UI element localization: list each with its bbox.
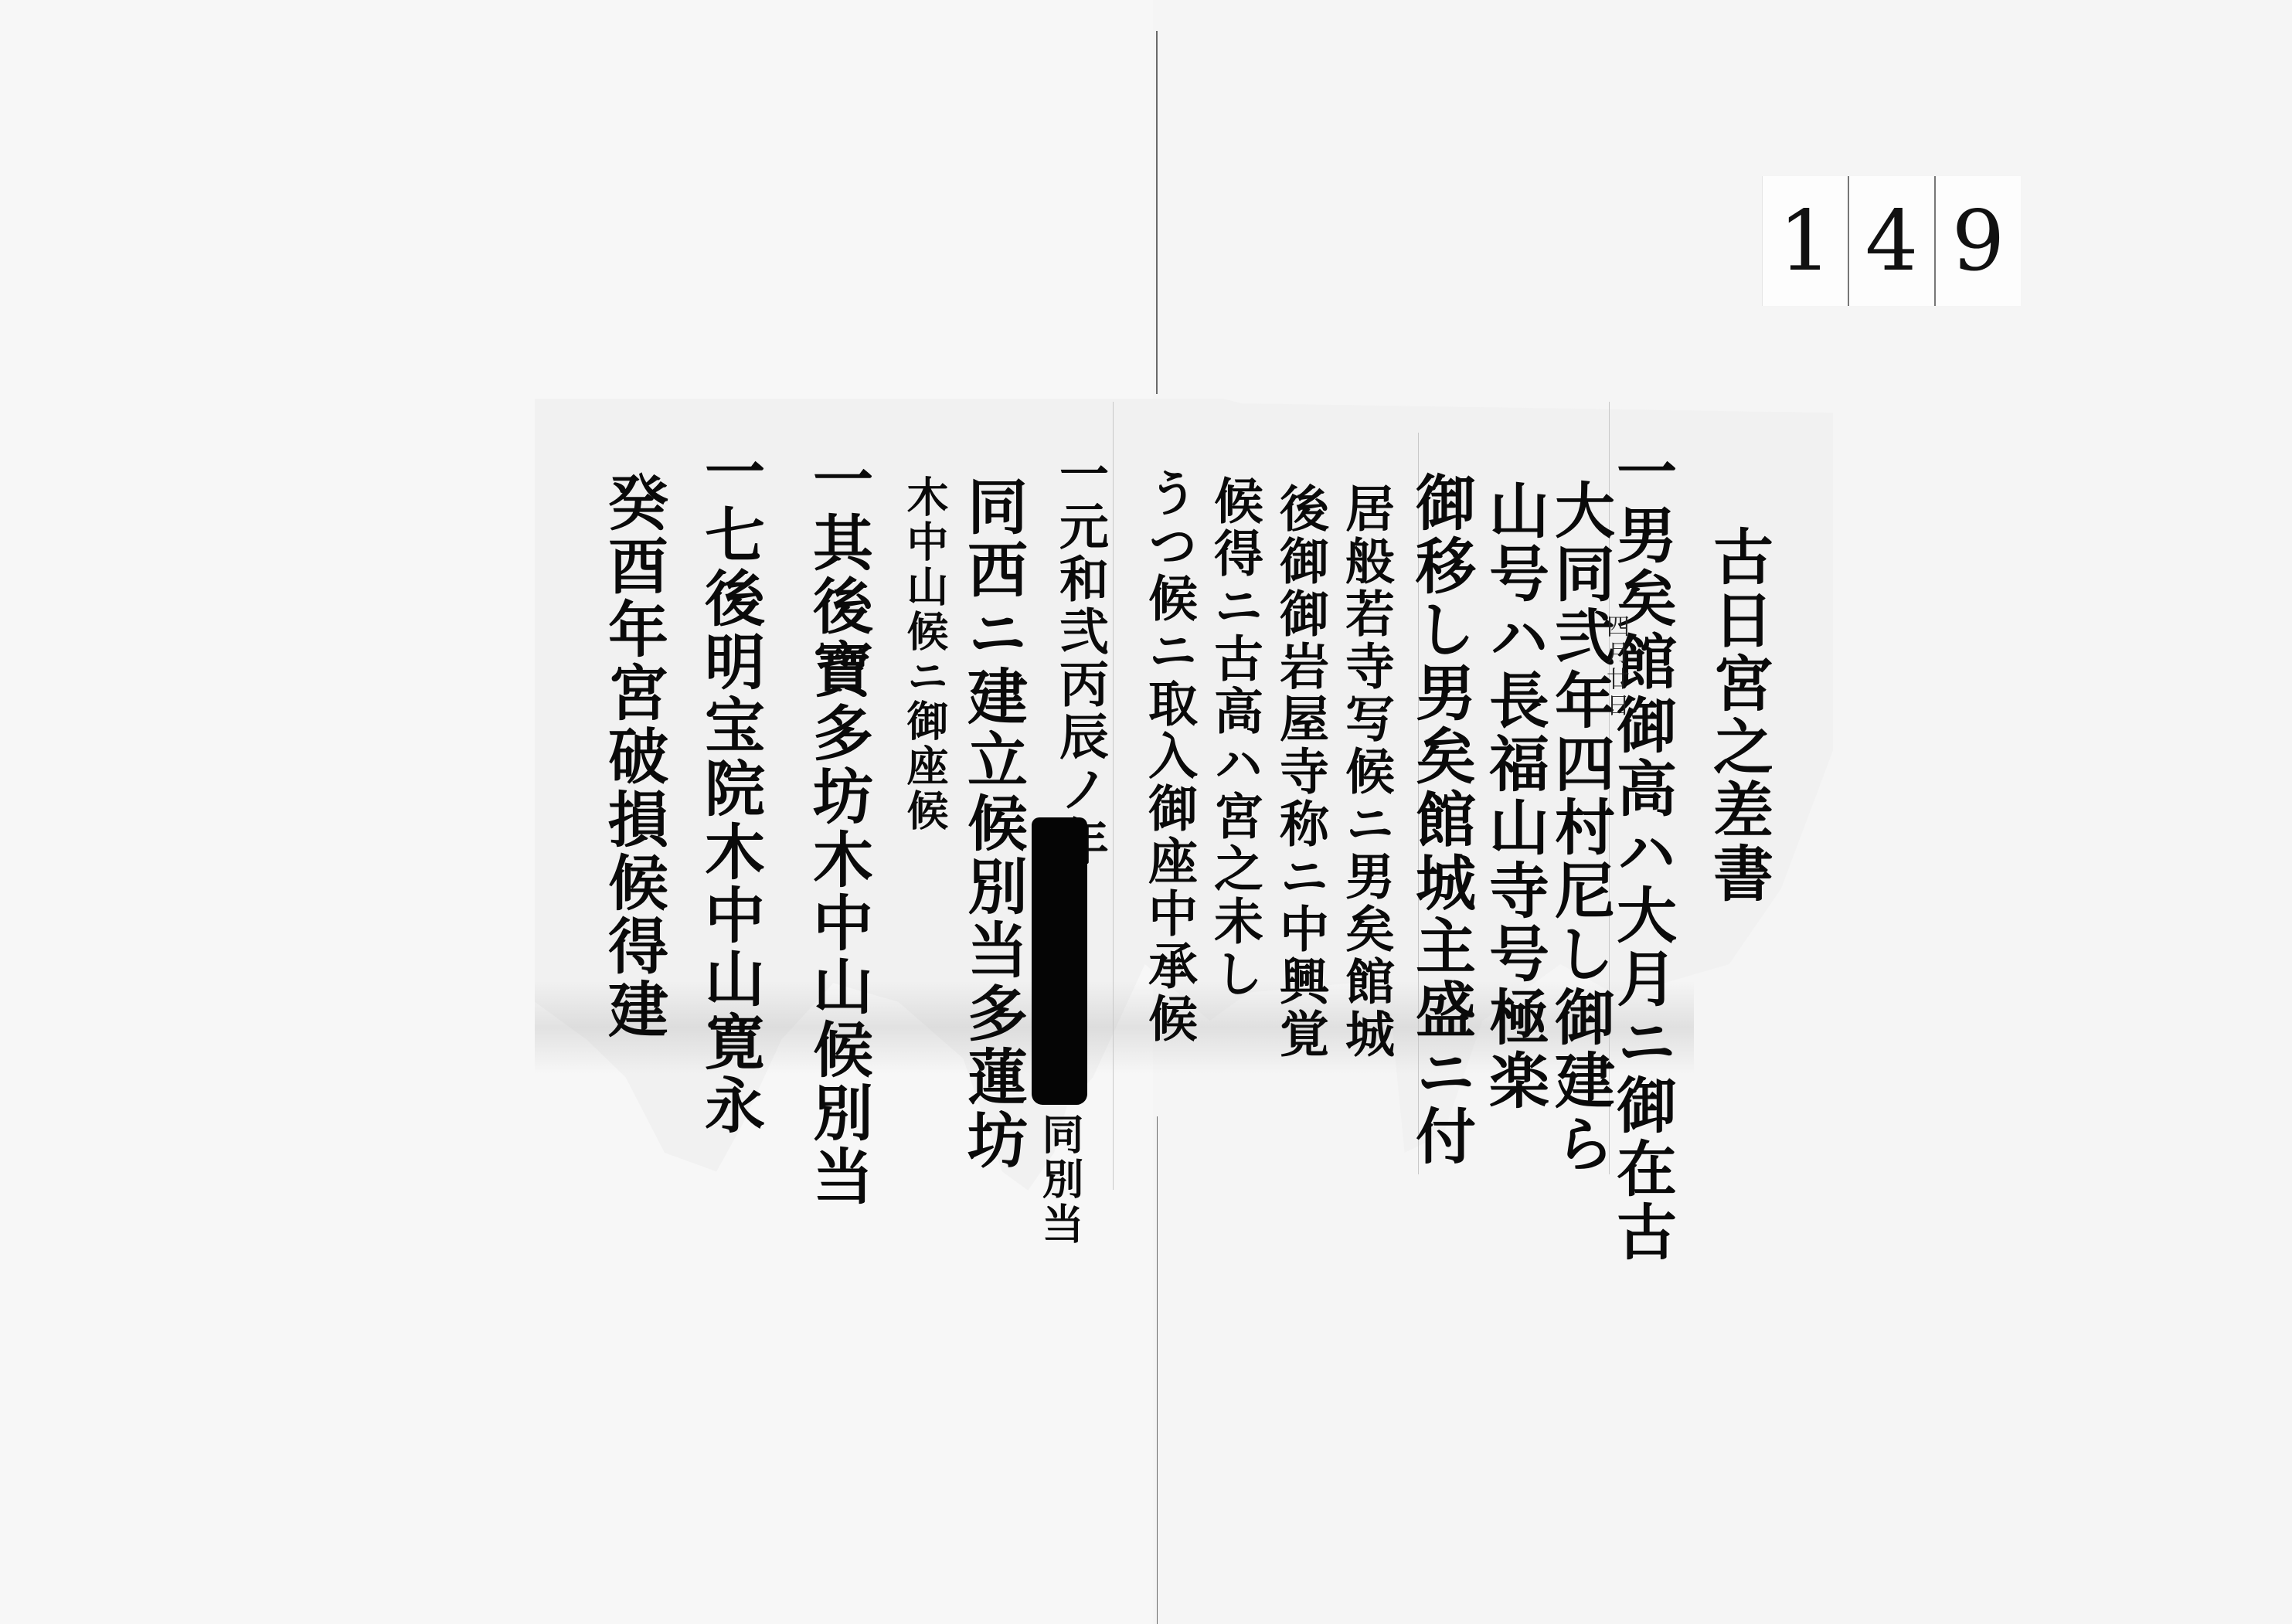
- paper-fold-line: [1113, 402, 1114, 1190]
- text-column-annotation: 四月廿日: [1603, 614, 1627, 719]
- text-column: 癸酉年宮破損候得建: [603, 471, 663, 1041]
- text-column: 山号ハ長福山寺号極楽: [1484, 479, 1544, 1113]
- page-number-digit: 4: [1848, 176, 1934, 306]
- page-number-label: 1 4 9: [1762, 176, 2021, 306]
- text-column: 候得ニ古高ハ宮之未し: [1209, 475, 1259, 1001]
- text-column: 一元和弐丙辰ノ年: [1055, 448, 1104, 868]
- document-title: 古日宮之差書: [1708, 525, 1768, 905]
- text-column: 一其後寶多坊木中山候別当: [808, 448, 868, 1208]
- text-column: 後御御岩屋寺称ニ中興覚: [1275, 483, 1325, 1061]
- text-column: 木中山候ニ御座候: [904, 475, 946, 834]
- text-column: 同別当: [1039, 1113, 1081, 1247]
- text-column: 大同弐年四村尼し御建ら: [1549, 479, 1610, 1176]
- text-column: 御移し男矣館城主盛ニ付: [1410, 471, 1471, 1168]
- ink-redaction-blot: [1032, 817, 1087, 1105]
- text-column: 一男矣館御高ハ大月ニ御在古: [1611, 440, 1671, 1264]
- binding-line-upper: [1156, 31, 1158, 394]
- binding-line-lower: [1157, 1116, 1158, 1624]
- text-column: 一七後明宝院木中山寛永: [699, 440, 760, 1137]
- page-number-digit: 1: [1762, 176, 1848, 306]
- text-column: うつ候ニ取入御座中承候: [1144, 467, 1193, 1045]
- page-number-digit: 9: [1934, 176, 2021, 306]
- text-column: 居般若寺写候ニ男矣館城: [1341, 483, 1390, 1061]
- text-column: 同西ニ建立候別当多蓮坊: [962, 475, 1022, 1172]
